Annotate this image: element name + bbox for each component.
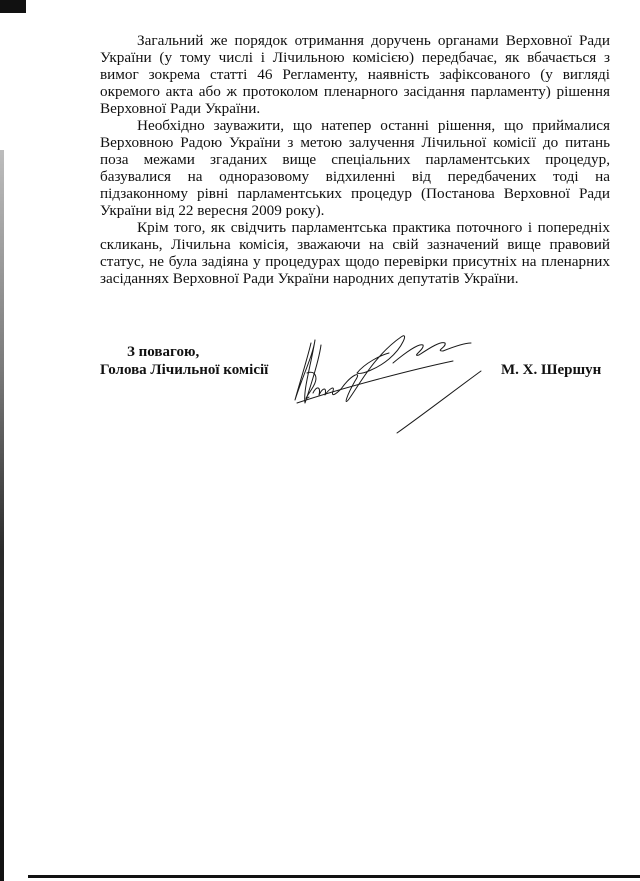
paragraph-3: Крім того, як свідчить парламентська пра… (100, 219, 610, 287)
scan-corner-mark (0, 0, 26, 13)
paragraph-2: Необхідно зауважити, що натепер останні … (100, 117, 610, 219)
page-bottom-rule (28, 875, 640, 878)
signer-title: Голова Лічильної комісії (100, 361, 268, 379)
signature-icon (285, 315, 485, 440)
scan-edge-shadow (0, 150, 4, 881)
signer-name: М. Х. Шершун (501, 361, 601, 379)
closing-greeting: З повагою, (127, 343, 199, 361)
letter-body: Загальний же порядок отримання доручень … (100, 32, 610, 287)
paragraph-1: Загальний же порядок отримання доручень … (100, 32, 610, 117)
